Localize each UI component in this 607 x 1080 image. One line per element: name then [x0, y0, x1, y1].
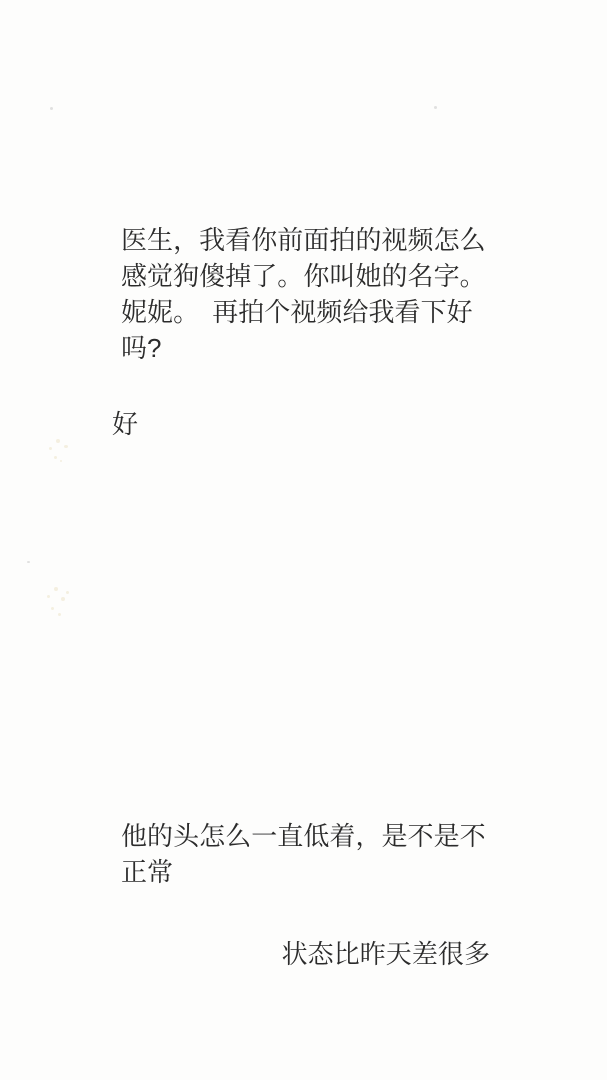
chat-message: 状态比昨天差很多 — [282, 936, 490, 972]
paper-speck — [56, 439, 60, 443]
chat-message: 医生，我看你前面拍的视频怎么 感觉狗傻掉了。你叫她的名字。 妮妮。 再拍个视频给… — [121, 222, 486, 366]
paper-speck — [434, 106, 437, 109]
paper-speck — [61, 597, 65, 601]
paper-speck — [58, 613, 61, 616]
paper-speck — [54, 587, 58, 591]
chat-message: 好 — [112, 406, 138, 442]
chat-transcript-screen: 医生，我看你前面拍的视频怎么 感觉狗傻掉了。你叫她的名字。 妮妮。 再拍个视频给… — [0, 0, 607, 1080]
paper-speck — [47, 595, 50, 598]
paper-speck — [49, 447, 52, 450]
paper-speck — [54, 456, 57, 459]
paper-speck — [66, 591, 69, 594]
paper-speck — [27, 561, 30, 563]
paper-speck — [60, 460, 62, 462]
paper-speck — [50, 107, 53, 110]
paper-speck — [51, 607, 54, 610]
chat-message: 他的头怎么一直低着，是不是不 正常 — [121, 818, 486, 890]
paper-speck — [64, 445, 68, 448]
